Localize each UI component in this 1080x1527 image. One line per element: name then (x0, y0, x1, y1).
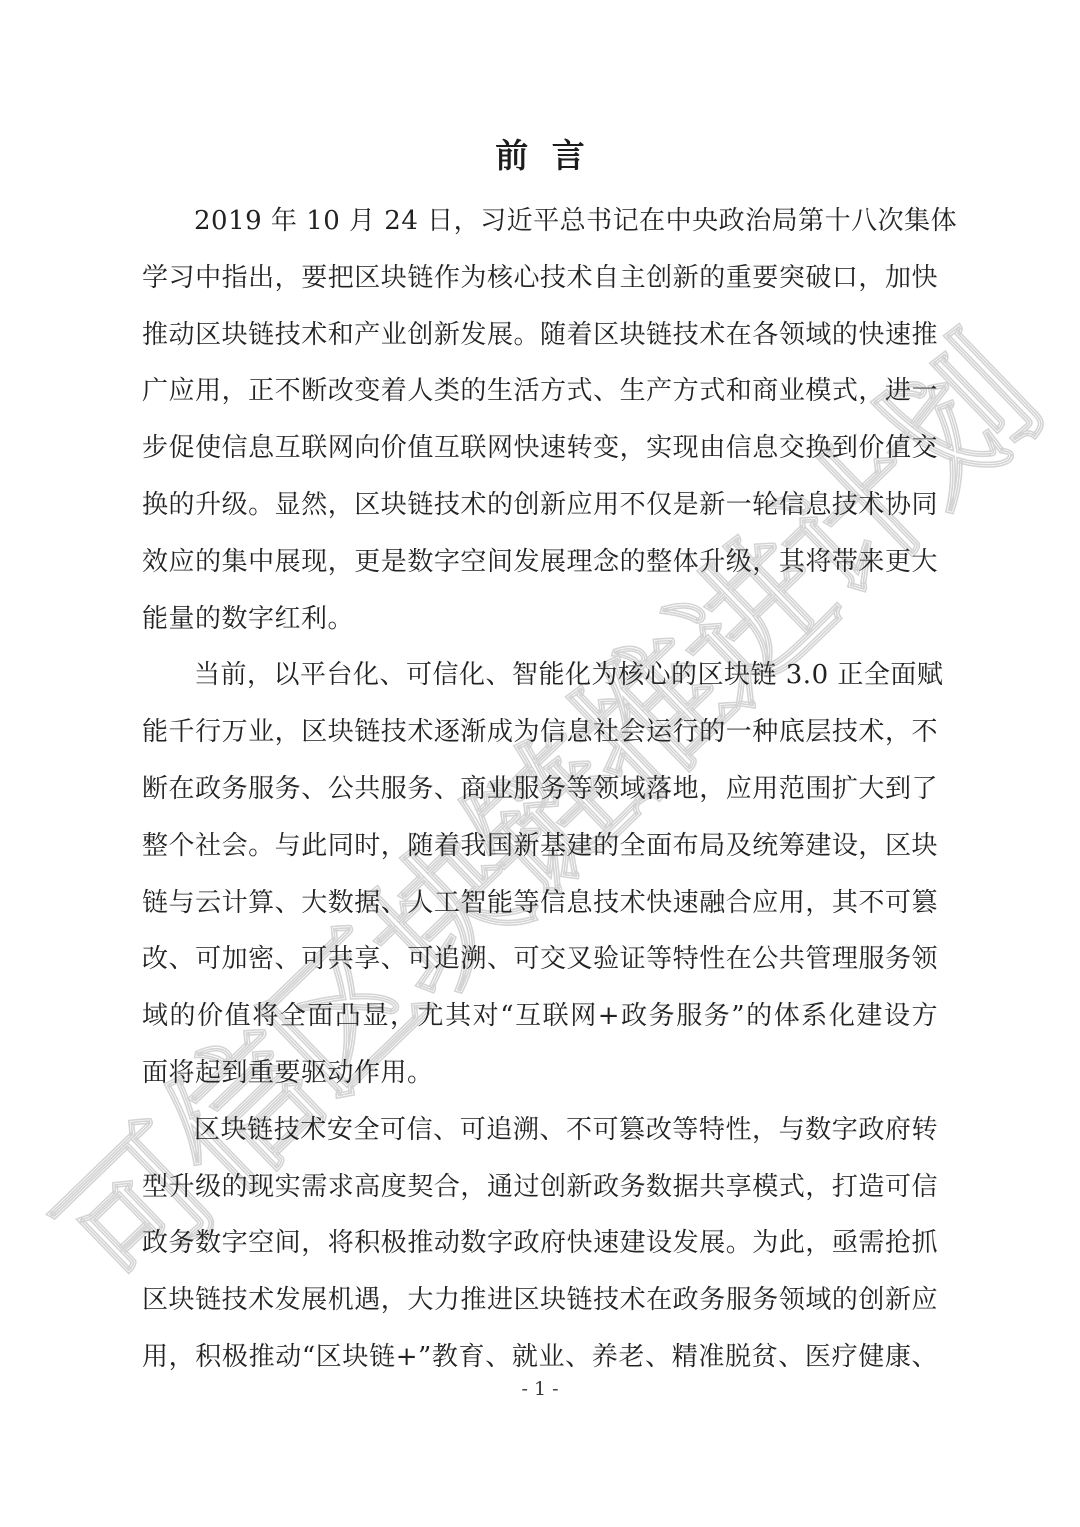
text-line: 链与云计算、大数据、人工智能等信息技术快速融合应用，其不可篡 (142, 875, 938, 932)
text-line: 面将起到重要驱动作用。 (142, 1045, 938, 1102)
text-line: 换的升级。显然，区块链技术的创新应用不仅是新一轮信息技术协同 (142, 477, 938, 534)
text-line: 学习中指出，要把区块链作为核心技术自主创新的重要突破口，加快 (142, 250, 938, 307)
text-line: 断在政务服务、公共服务、商业服务等领域落地，应用范围扩大到了 (142, 761, 938, 818)
text-line: 整个社会。与此同时，随着我国新基建的全面布局及统筹建设，区块 (142, 818, 938, 875)
text-line: 域的价值将全面凸显，尤其对“互联网+政务服务”的体系化建设方 (142, 988, 938, 1045)
text-line: 广应用，正不断改变着人类的生活方式、生产方式和商业模式，进一 (142, 363, 938, 420)
text-line: 步促使信息互联网向价值互联网快速转变，实现由信息交换到价值交 (142, 420, 938, 477)
document-page: 可信区块链推进计划 前 言 2019 年 10 月 24 日，习近平总书记在中央… (0, 0, 1080, 1527)
text-line: 效应的集中展现，更是数字空间发展理念的整体升级，其将带来更大 (142, 534, 938, 591)
page-number: - 1 - (0, 1374, 1080, 1404)
text-line: 当前，以平台化、可信化、智能化为核心的区块链 3.0 正全面赋 (142, 647, 938, 704)
text-line: 政务数字空间，将积极推动数字政府快速建设发展。为此，亟需抢抓 (142, 1215, 938, 1272)
text-line: 区块链技术发展机遇，大力推进区块链技术在政务服务领域的创新应 (142, 1272, 938, 1329)
text-line: 型升级的现实需求高度契合，通过创新政务数据共享模式，打造可信 (142, 1159, 938, 1216)
text-line: 推动区块链技术和产业创新发展。随着区块链技术在各领域的快速推 (142, 307, 938, 364)
body-text: 2019 年 10 月 24 日，习近平总书记在中央政治局第十八次集体学习中指出… (142, 193, 938, 1386)
text-line: 能量的数字红利。 (142, 591, 938, 648)
text-line: 区块链技术安全可信、可追溯、不可篡改等特性，与数字政府转 (142, 1102, 938, 1159)
page-title: 前 言 (0, 130, 1080, 177)
text-line: 2019 年 10 月 24 日，习近平总书记在中央政治局第十八次集体 (142, 193, 938, 250)
text-line: 改、可加密、可共享、可追溯、可交叉验证等特性在公共管理服务领 (142, 931, 938, 988)
text-line: 能千行万业，区块链技术逐渐成为信息社会运行的一种底层技术，不 (142, 704, 938, 761)
